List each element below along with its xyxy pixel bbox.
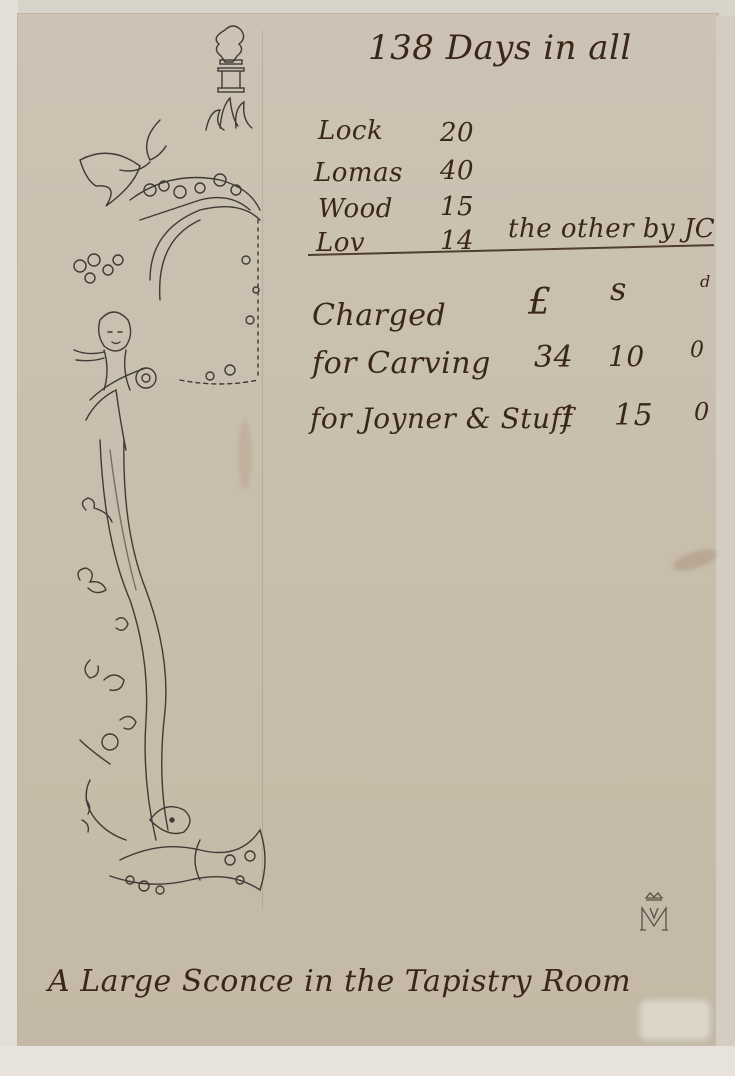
- paper-abrasion: [640, 1000, 710, 1040]
- mount-left-edge: [0, 0, 18, 1076]
- charge-row-shillings: 10: [608, 340, 645, 373]
- days-row-label: Lomas: [314, 158, 403, 188]
- days-row-value: 20: [440, 118, 474, 148]
- charge-row-pence: 0: [694, 398, 710, 426]
- dragon-head-icon: [150, 807, 190, 834]
- mount-bottom-edge: [0, 1046, 735, 1076]
- charge-row-label: for Carving: [312, 346, 491, 381]
- days-row-value: 15: [440, 192, 474, 222]
- pence-column-header: d: [700, 272, 711, 291]
- finial-icon: [206, 26, 252, 130]
- charge-row-pounds: 34: [534, 340, 573, 375]
- charge-row-shillings: 15: [614, 398, 653, 433]
- sconce-drawing: [60, 20, 300, 920]
- bird-icon: [80, 120, 166, 206]
- shillings-column-header: s: [610, 270, 627, 308]
- crowned-monogram-icon: [636, 890, 672, 934]
- days-row-label: Wood: [318, 194, 393, 224]
- total-days-heading: 138 Days in all: [368, 28, 632, 68]
- drawing-caption: A Large Sconce in the Tapistry Room: [48, 964, 631, 999]
- days-row-value: 40: [440, 156, 474, 186]
- charge-row-label: for Joyner & Stuff: [310, 402, 572, 435]
- charge-row-pounds: 1: [558, 400, 578, 435]
- days-row-label: Lock: [318, 116, 383, 146]
- charge-row-pence: 0: [690, 338, 705, 363]
- mount-right-edge: [716, 16, 735, 1046]
- days-note: the other by JC: [508, 214, 715, 244]
- pounds-column-header: £: [528, 282, 551, 323]
- charged-heading: Charged: [312, 298, 446, 333]
